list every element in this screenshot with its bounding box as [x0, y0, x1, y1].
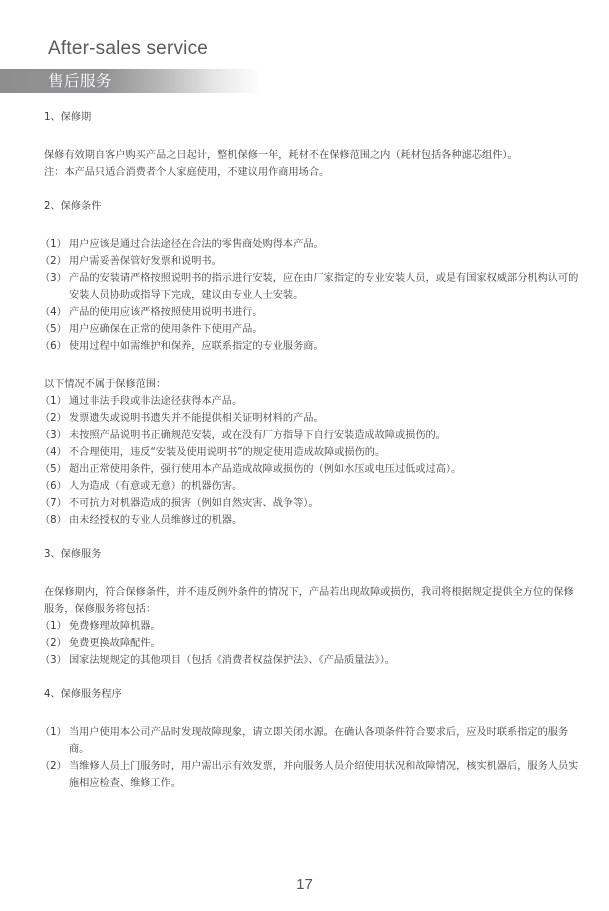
item-text: 国家法规规定的其他项目（包括《消费者权益保护法》、《产品质量法》）。	[69, 652, 579, 669]
warranty-service-paragraph: 在保修期内，符合保修条件，并不违反例外条件的情况下，产品若出现故障或损伤，我司将…	[44, 584, 579, 618]
condition-item: （1） 用户应该是通过合法途径在合法的零售商处购得本产品。	[44, 236, 579, 253]
item-text: 用户应确保在正常的使用条件下使用产品。	[69, 321, 579, 338]
item-text: 人为造成（有意或无意）的机器伤害。	[69, 478, 579, 495]
exclusion-item: （1） 通过非法手段或非法途径获得本产品。	[44, 393, 579, 410]
exclusion-item: （7） 不可抗力对机器造成的损害（例如自然灾害、战争等）。	[44, 495, 579, 512]
page-number: 17	[0, 876, 609, 893]
exclusion-item: （6） 人为造成（有意或无意）的机器伤害。	[44, 478, 579, 495]
section-heading-warranty-period: 1、保修期	[44, 109, 579, 126]
item-number: （8）	[40, 512, 69, 529]
title-english: After-sales service	[48, 38, 208, 60]
item-number: （1）	[40, 724, 69, 758]
service-item: （3） 国家法规规定的其他项目（包括《消费者权益保护法》、《产品质量法》）。	[44, 652, 579, 669]
page-content: 1、保修期 保修有效期自客户购买产品之日起计，整机保修一年，耗材不在保修范围之内…	[44, 109, 579, 792]
item-number: （2）	[40, 410, 69, 427]
item-number: （4）	[40, 444, 69, 461]
item-number: （2）	[40, 635, 69, 652]
exclusion-item: （3） 未按照产品说明书正确规范安装，或在没有厂方指导下自行安装造成故障或损伤的…	[44, 427, 579, 444]
procedure-item: （1） 当用户使用本公司产品时发现故障现象，请立即关闭水源。在确认各项条件符合要…	[44, 724, 579, 758]
item-number: （1）	[40, 393, 69, 410]
item-text: 用户需妥善保管好发票和说明书。	[69, 253, 579, 270]
item-text: 当维修人员上门服务时，用户需出示有效发票，并向服务人员介绍使用状况和故障情况，核…	[69, 758, 579, 792]
title-banner-bar	[0, 69, 262, 93]
title-chinese: 售后服务	[48, 70, 112, 92]
item-number: （3）	[40, 652, 69, 669]
condition-item: （6） 使用过程中如需维护和保养，应联系指定的专业服务商。	[44, 338, 579, 355]
section-heading-warranty-conditions: 2、保修条件	[44, 198, 579, 215]
exclusion-item: （5） 超出正常使用条件，强行使用本产品造成故障或损伤的（例如水压或电压过低或过…	[44, 461, 579, 478]
exclusion-item: （8） 由未经授权的专业人员维修过的机器。	[44, 512, 579, 529]
service-item: （2） 免费更换故障配件。	[44, 635, 579, 652]
condition-item: （4） 产品的使用应该严格按照使用说明书进行。	[44, 304, 579, 321]
procedure-item: （2） 当维修人员上门服务时，用户需出示有效发票，并向服务人员介绍使用状况和故障…	[44, 758, 579, 792]
warranty-period-note: 注：本产品只适合消费者个人家庭使用，不建议用作商用场合。	[44, 164, 579, 181]
item-number: （7）	[40, 495, 69, 512]
item-number: （5）	[40, 321, 69, 338]
exclusions-intro: 以下情况不属于保修范围：	[44, 376, 579, 393]
item-text: 产品的安装请严格按照说明书的指示进行安装，应在由厂家指定的专业安装人员，或是有国…	[69, 270, 579, 304]
condition-item: （3） 产品的安装请严格按照说明书的指示进行安装，应在由厂家指定的专业安装人员，…	[44, 270, 579, 304]
item-text: 免费修理故障机器。	[69, 618, 579, 635]
item-text: 超出正常使用条件，强行使用本产品造成故障或损伤的（例如水压或电压过低或过高）。	[69, 461, 579, 478]
section-heading-warranty-service: 3、保修服务	[44, 546, 579, 563]
item-number: （5）	[40, 461, 69, 478]
item-text: 发票遗失或说明书遗失并不能提供相关证明材料的产品。	[69, 410, 579, 427]
item-number: （3）	[40, 427, 69, 444]
exclusion-item: （4） 不合理使用，违反“安装及使用说明书”的规定使用造成故障或损伤的。	[44, 444, 579, 461]
item-text: 免费更换故障配件。	[69, 635, 579, 652]
item-number: （6）	[40, 478, 69, 495]
item-text: 产品的使用应该严格按照使用说明书进行。	[69, 304, 579, 321]
condition-item: （5） 用户应确保在正常的使用条件下使用产品。	[44, 321, 579, 338]
item-number: （2）	[40, 758, 69, 792]
condition-item: （2） 用户需妥善保管好发票和说明书。	[44, 253, 579, 270]
item-number: （1）	[40, 236, 69, 253]
section-heading-service-procedure: 4、保修服务程序	[44, 686, 579, 703]
item-text: 用户应该是通过合法途径在合法的零售商处购得本产品。	[69, 236, 579, 253]
item-number: （4）	[40, 304, 69, 321]
item-number: （3）	[40, 270, 69, 304]
warranty-period-paragraph: 保修有效期自客户购买产品之日起计，整机保修一年，耗材不在保修范围之内（耗材包括各…	[44, 147, 579, 164]
service-item: （1） 免费修理故障机器。	[44, 618, 579, 635]
item-number: （1）	[40, 618, 69, 635]
item-text: 由未经授权的专业人员维修过的机器。	[69, 512, 579, 529]
item-text: 当用户使用本公司产品时发现故障现象，请立即关闭水源。在确认各项条件符合要求后，应…	[69, 724, 579, 758]
item-number: （2）	[40, 253, 69, 270]
exclusion-item: （2） 发票遗失或说明书遗失并不能提供相关证明材料的产品。	[44, 410, 579, 427]
item-text: 不合理使用，违反“安装及使用说明书”的规定使用造成故障或损伤的。	[69, 444, 579, 461]
item-text: 未按照产品说明书正确规范安装，或在没有厂方指导下自行安装造成故障或损伤的。	[69, 427, 579, 444]
item-number: （6）	[40, 338, 69, 355]
item-text: 通过非法手段或非法途径获得本产品。	[69, 393, 579, 410]
item-text: 使用过程中如需维护和保养，应联系指定的专业服务商。	[69, 338, 579, 355]
item-text: 不可抗力对机器造成的损害（例如自然灾害、战争等）。	[69, 495, 579, 512]
